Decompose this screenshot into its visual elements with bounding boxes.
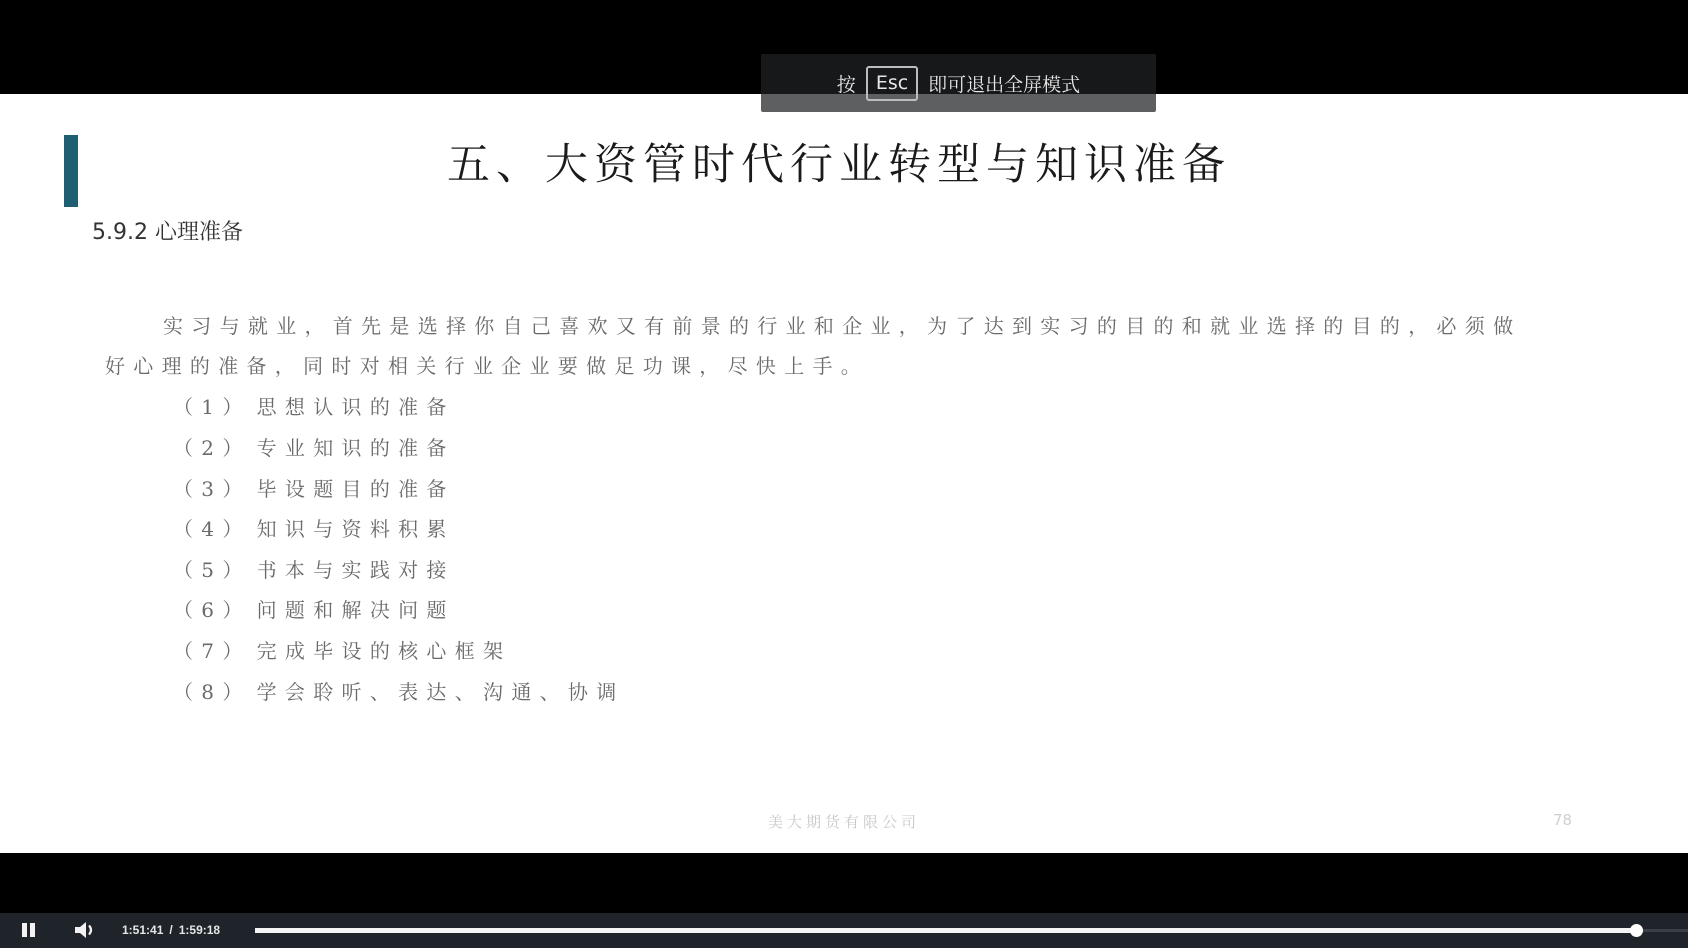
list-number: （6）: [173, 598, 251, 622]
letterbox-bottom: [0, 853, 1688, 913]
time-separator: /: [169, 923, 172, 937]
list-text: 完成毕设的核心框架: [257, 639, 512, 663]
toast-prefix: 按: [837, 70, 856, 97]
list-item: （5）书本与实践对接: [173, 560, 455, 580]
list-item: （1）思想认识的准备: [173, 397, 455, 417]
list-number: （5）: [173, 558, 251, 582]
footer-company-name: 美大期货有限公司: [768, 811, 920, 832]
esc-key-hint: Esc: [866, 66, 918, 101]
slide-page-number: 78: [1553, 811, 1572, 829]
volume-button[interactable]: [74, 921, 98, 939]
section-heading: 5.9.2 心理准备: [92, 222, 243, 244]
list-text: 知识与资料积累: [257, 517, 455, 541]
list-text: 思想认识的准备: [257, 395, 455, 419]
list-text: 毕设题目的准备: [257, 477, 455, 501]
current-time: 1:51:41: [122, 923, 163, 937]
list-item: （2）专业知识的准备: [173, 438, 455, 458]
progress-fill: [255, 928, 1636, 933]
list-item: （6）问题和解决问题: [173, 600, 455, 620]
pause-icon: [22, 923, 27, 937]
list-number: （2）: [173, 436, 251, 460]
list-number: （7）: [173, 639, 251, 663]
duration: 1:59:18: [179, 923, 220, 937]
video-control-bar: 1:51:41/1:59:18: [0, 913, 1688, 948]
list-item: （3）毕设题目的准备: [173, 479, 455, 499]
pause-button[interactable]: [21, 923, 37, 937]
list-item: （4）知识与资料积累: [173, 519, 455, 539]
list-number: （3）: [173, 477, 251, 501]
slide-title: 五、大资管时代行业转型与知识准备: [447, 144, 1231, 187]
progress-handle[interactable]: [1630, 924, 1643, 937]
list-text: 问题和解决问题: [257, 598, 455, 622]
time-display: 1:51:41/1:59:18: [122, 923, 220, 937]
list-number: （4）: [173, 517, 251, 541]
toast-suffix: 即可退出全屏模式: [928, 70, 1080, 97]
slide: 五、大资管时代行业转型与知识准备 5.9.2 心理准备 实习与就业，首先是选择你…: [0, 94, 1688, 853]
list-number: （1）: [173, 395, 251, 419]
list-number: （8）: [173, 680, 251, 704]
list-text: 学会聆听、表达、沟通、协调: [257, 680, 625, 704]
list-text: 专业知识的准备: [257, 436, 455, 460]
volume-icon: [74, 921, 98, 939]
pause-icon: [30, 923, 35, 937]
paragraph-line-1: 实习与就业，首先是选择你自己喜欢又有前景的行业和企业，为了达到实习的目的和就业选…: [163, 316, 1521, 336]
slide-accent-bar: [64, 135, 78, 207]
list-item: （7）完成毕设的核心框架: [173, 641, 511, 661]
progress-bar[interactable]: [255, 927, 1688, 935]
paragraph-line-2: 好心理的准备，同时对相关行业企业要做足功课，尽快上手。: [105, 356, 869, 376]
list-text: 书本与实践对接: [257, 558, 455, 582]
list-item: （8）学会聆听、表达、沟通、协调: [173, 682, 625, 702]
fullscreen-exit-toast: 按 Esc 即可退出全屏模式: [761, 54, 1156, 112]
